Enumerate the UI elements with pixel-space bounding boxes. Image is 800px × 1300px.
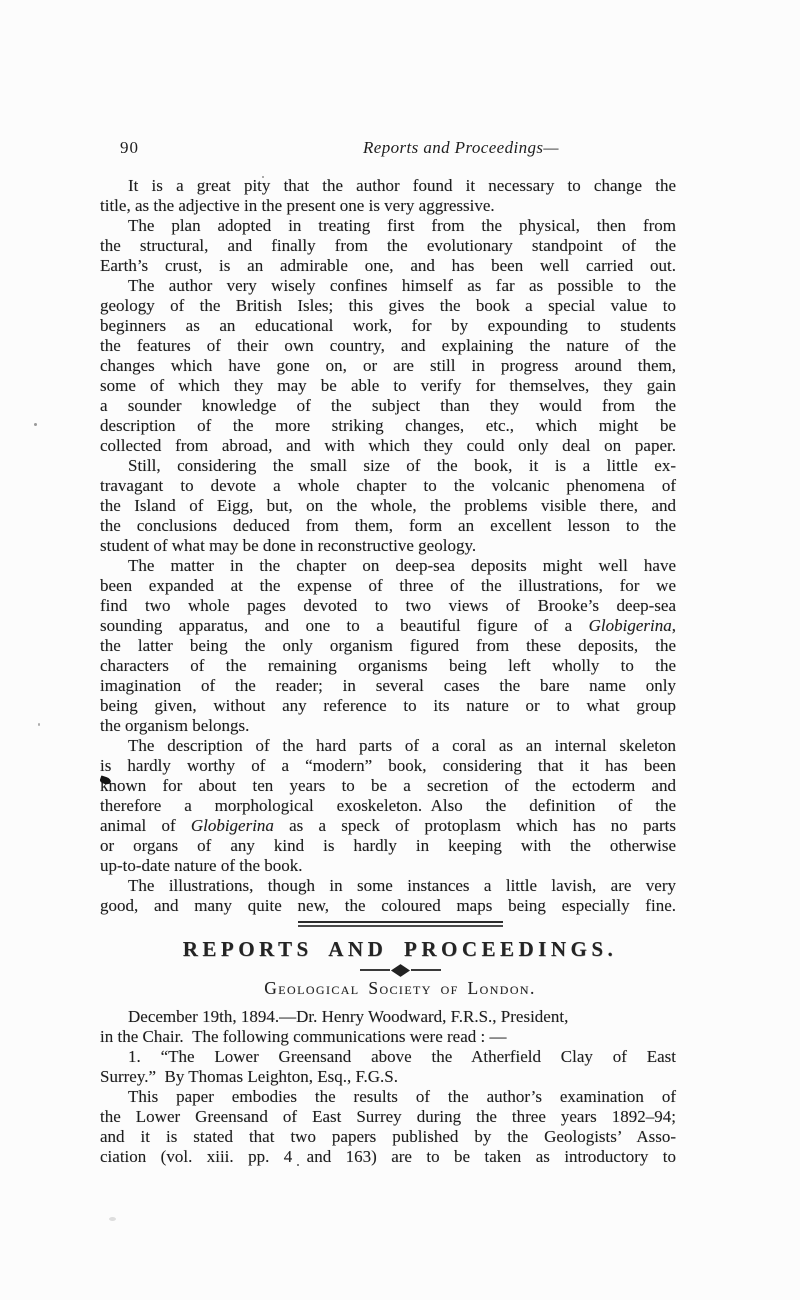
text-line: characters of the remaining organisms be…: [100, 656, 676, 676]
text-line: the conclusions deduced from them, form …: [100, 516, 676, 536]
text-line: imagination of the reader; in several ca…: [100, 676, 676, 696]
text-line: 1. “The Lower Greensand above the Atherf…: [100, 1047, 676, 1067]
ornament-line-right: [411, 969, 441, 971]
text-line: Still, considering the small size of the…: [100, 456, 676, 476]
text-line: known for about ten years to be a secret…: [100, 776, 676, 796]
page-number: 90: [120, 138, 139, 158]
paragraph: The matter in the chapter on deep-sea de…: [100, 556, 676, 736]
scan-speck: [38, 723, 40, 726]
text-line: It is a great pity that the author found…: [100, 176, 676, 196]
text-line: up-to-date nature of the book.: [100, 856, 676, 876]
paragraph: December 19th, 1894.—Dr. Henry Woodward,…: [100, 1007, 676, 1047]
text-line: sounding apparatus, and one to a beautif…: [100, 616, 676, 636]
text-line: the Island of Eigg, but, on the whole, t…: [100, 496, 676, 516]
society-subheading: Geological Society of London.: [0, 978, 800, 999]
text-line: title, as the adjective in the present o…: [100, 196, 676, 216]
diamond-icon: [390, 964, 409, 977]
text-line: therefore a morphological exoskeleton. A…: [100, 796, 676, 816]
running-title: Reports and Proceedings—: [363, 138, 559, 158]
text-line: or organs of any kind is hardly in keepi…: [100, 836, 676, 856]
text-line: beginners as an educational work, for by…: [100, 316, 676, 336]
text-line: The description of the hard parts of a c…: [100, 736, 676, 756]
text-line: This paper embodies the results of the a…: [100, 1087, 676, 1107]
text-line: travagant to devote a whole chapter to t…: [100, 476, 676, 496]
paragraph: It is a great pity that the author found…: [100, 176, 676, 216]
section-ornament: [0, 963, 800, 977]
text-line: the latter being the only organism figur…: [100, 636, 676, 656]
paragraph: 1. “The Lower Greensand above the Atherf…: [100, 1047, 676, 1087]
document-page: 90 Reports and Proceedings— It is a grea…: [0, 0, 800, 1300]
scan-smudge: [109, 1217, 116, 1221]
meeting-section: December 19th, 1894.—Dr. Henry Woodward,…: [100, 1007, 676, 1167]
text-line: good, and many quite new, the coloured m…: [100, 896, 676, 916]
text-line: The author very wisely confines himself …: [100, 276, 676, 296]
text-line: December 19th, 1894.—Dr. Henry Woodward,…: [100, 1007, 676, 1027]
paragraph: The illustrations, though in some instan…: [100, 876, 676, 916]
text-line: in the Chair. The following communicatio…: [100, 1027, 676, 1047]
text-line: the structural, and finally from the evo…: [100, 236, 676, 256]
paragraph: The author very wisely confines himself …: [100, 276, 676, 456]
text-line: been expanded at the expense of three of…: [100, 576, 676, 596]
paragraph: The plan adopted in treating first from …: [100, 216, 676, 276]
text-line: some of which they may be able to verify…: [100, 376, 676, 396]
scan-speck: [34, 423, 37, 426]
text-line: a sounder knowledge of the subject than …: [100, 396, 676, 416]
text-line: changes which have gone on, or are still…: [100, 356, 676, 376]
text-line: The illustrations, though in some instan…: [100, 876, 676, 896]
text-line: the Lower Greensand of East Surrey durin…: [100, 1107, 676, 1127]
text-line: description of the more striking changes…: [100, 416, 676, 436]
paragraph: Still, considering the small size of the…: [100, 456, 676, 556]
paragraph: This paper embodies the results of the a…: [100, 1087, 676, 1167]
text-line: the features of their own country, and e…: [100, 336, 676, 356]
paragraph: The description of the hard parts of a c…: [100, 736, 676, 876]
text-line: The matter in the chapter on deep-sea de…: [100, 556, 676, 576]
divider-rule-bottom: [298, 925, 503, 927]
text-line: The plan adopted in treating first from …: [100, 216, 676, 236]
text-line: collected from abroad, and with which th…: [100, 436, 676, 456]
text-line: the organism belongs.: [100, 716, 676, 736]
section-divider: [298, 921, 503, 928]
review-section: It is a great pity that the author found…: [100, 176, 676, 916]
text-line: find two whole pages devoted to two view…: [100, 596, 676, 616]
text-line: ciation (vol. xiii. pp. 4 and 163) are t…: [100, 1147, 676, 1167]
text-line: geology of the British Isles; this gives…: [100, 296, 676, 316]
ornament-line-left: [360, 969, 390, 971]
text-line: Earth’s crust, is an admirable one, and …: [100, 256, 676, 276]
page-header: 90 Reports and Proceedings—: [100, 138, 676, 160]
text-line: student of what may be done in reconstru…: [100, 536, 676, 556]
text-line: being given, without any reference to it…: [100, 696, 676, 716]
text-line: is hardly worthy of a “modern” book, con…: [100, 756, 676, 776]
text-line: Surrey.” By Thomas Leighton, Esq., F.G.S…: [100, 1067, 676, 1087]
divider-rule-top: [298, 921, 503, 923]
section-heading: REPORTS AND PROCEEDINGS.: [0, 937, 800, 962]
text-line: animal of Globigerina as a speck of prot…: [100, 816, 676, 836]
text-line: and it is stated that two papers publish…: [100, 1127, 676, 1147]
